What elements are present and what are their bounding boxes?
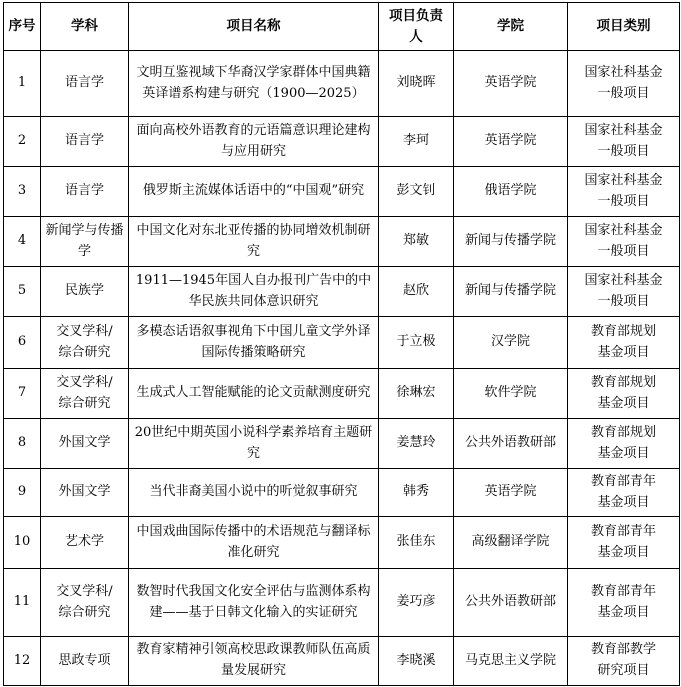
cell-discipline: 交叉学科/ 综合研究 <box>41 369 129 419</box>
cell-category: 教育部青年 基金项目 <box>568 569 680 637</box>
cell-seq: 10 <box>4 517 41 569</box>
cell-leader: 于立极 <box>379 317 454 369</box>
col-header-leader: 项目负责人 <box>379 3 454 51</box>
cell-discipline: 艺术学 <box>41 517 129 569</box>
table-row: 4 新闻学与传播学 中国文化对东北亚传播的协同增效机制研究 郑敏 新闻与传播学院… <box>4 217 680 267</box>
table-row: 12 思政专项 教育家精神引领高校思政课教师队伍高质量发展研究 李晓溪 马克思主… <box>4 637 680 686</box>
cell-title: 教育家精神引领高校思政课教师队伍高质量发展研究 <box>129 637 379 686</box>
project-grant-table: 序号 学科 项目名称 项目负责人 学院 项目类别 1 语言学 文明互鉴视域下华裔… <box>3 2 680 686</box>
cell-seq: 12 <box>4 637 41 686</box>
cell-leader: 张佳东 <box>379 517 454 569</box>
table-row: 8 外国文学 20世纪中期英国小说科学素养培育主题研究 姜慧玲 公共外语教研部 … <box>4 419 680 469</box>
col-header-title: 项目名称 <box>129 3 379 51</box>
cell-category: 国家社科基金 一般项目 <box>568 117 680 167</box>
cell-college: 新闻与传播学院 <box>454 217 568 267</box>
cell-discipline: 外国文学 <box>41 419 129 469</box>
cell-discipline: 语言学 <box>41 117 129 167</box>
cell-college: 汉学院 <box>454 317 568 369</box>
cell-college: 公共外语教研部 <box>454 419 568 469</box>
cell-leader: 李珂 <box>379 117 454 167</box>
cell-category: 国家社科基金 一般项目 <box>568 167 680 217</box>
cell-leader: 李晓溪 <box>379 637 454 686</box>
cell-category: 教育部青年 基金项目 <box>568 517 680 569</box>
cell-seq: 3 <box>4 167 41 217</box>
table-header-row: 序号 学科 项目名称 项目负责人 学院 项目类别 <box>4 3 680 51</box>
cell-seq: 6 <box>4 317 41 369</box>
cell-category: 教育部青年 基金项目 <box>568 469 680 517</box>
cell-college: 马克思主义学院 <box>454 637 568 686</box>
table-row: 5 民族学 1911—1945年国人自办报刊广告中的中华民族共同体意识研究 赵欣… <box>4 267 680 317</box>
cell-discipline: 交叉学科/ 综合研究 <box>41 317 129 369</box>
table-row: 9 外国文学 当代非裔美国小说中的听觉叙事研究 韩秀 英语学院 教育部青年 基金… <box>4 469 680 517</box>
table-row: 10 艺术学 中国戏曲国际传播中的术语规范与翻译标准化研究 张佳东 高级翻译学院… <box>4 517 680 569</box>
table-row: 3 语言学 俄罗斯主流媒体话语中的“中国观”研究 彭文钊 俄语学院 国家社科基金… <box>4 167 680 217</box>
cell-discipline: 思政专项 <box>41 637 129 686</box>
cell-title: 生成式人工智能赋能的论文贡献测度研究 <box>129 369 379 419</box>
cell-leader: 彭文钊 <box>379 167 454 217</box>
cell-college: 高级翻译学院 <box>454 517 568 569</box>
cell-college: 英语学院 <box>454 51 568 117</box>
cell-college: 公共外语教研部 <box>454 569 568 637</box>
document-page: 序号 学科 项目名称 项目负责人 学院 项目类别 1 语言学 文明互鉴视域下华裔… <box>0 0 681 687</box>
cell-category: 教育部规划 基金项目 <box>568 369 680 419</box>
cell-title: 中国文化对东北亚传播的协同增效机制研究 <box>129 217 379 267</box>
cell-title: 俄罗斯主流媒体话语中的“中国观”研究 <box>129 167 379 217</box>
cell-discipline: 新闻学与传播学 <box>41 217 129 267</box>
cell-title: 20世纪中期英国小说科学素养培育主题研究 <box>129 419 379 469</box>
cell-category: 教育部规划 基金项目 <box>568 419 680 469</box>
cell-title: 多模态话语叙事视角下中国儿童文学外译国际传播策略研究 <box>129 317 379 369</box>
cell-discipline: 语言学 <box>41 51 129 117</box>
cell-leader: 刘晓晖 <box>379 51 454 117</box>
cell-seq: 5 <box>4 267 41 317</box>
cell-discipline: 外国文学 <box>41 469 129 517</box>
cell-category: 教育部规划 基金项目 <box>568 317 680 369</box>
cell-seq: 7 <box>4 369 41 419</box>
cell-seq: 8 <box>4 419 41 469</box>
table-row: 1 语言学 文明互鉴视域下华裔汉学家群体中国典籍英译谱系构建与研究（1900—2… <box>4 51 680 117</box>
cell-category: 教育部教学 研究项目 <box>568 637 680 686</box>
cell-category: 国家社科基金 一般项目 <box>568 51 680 117</box>
cell-seq: 1 <box>4 51 41 117</box>
cell-leader: 韩秀 <box>379 469 454 517</box>
cell-college: 新闻与传播学院 <box>454 267 568 317</box>
col-header-category: 项目类别 <box>568 3 680 51</box>
col-header-seq: 序号 <box>4 3 41 51</box>
cell-leader: 郑敏 <box>379 217 454 267</box>
cell-title: 1911—1945年国人自办报刊广告中的中华民族共同体意识研究 <box>129 267 379 317</box>
cell-seq: 11 <box>4 569 41 637</box>
cell-college: 软件学院 <box>454 369 568 419</box>
cell-category: 国家社科基金 一般项目 <box>568 217 680 267</box>
cell-title: 数智时代我国文化安全评估与监测体系构建——基于日韩文化输入的实证研究 <box>129 569 379 637</box>
col-header-discipline: 学科 <box>41 3 129 51</box>
cell-leader: 赵欣 <box>379 267 454 317</box>
cell-leader: 姜巧彦 <box>379 569 454 637</box>
cell-title: 当代非裔美国小说中的听觉叙事研究 <box>129 469 379 517</box>
cell-title: 中国戏曲国际传播中的术语规范与翻译标准化研究 <box>129 517 379 569</box>
cell-leader: 姜慧玲 <box>379 419 454 469</box>
cell-title: 文明互鉴视域下华裔汉学家群体中国典籍英译谱系构建与研究（1900—2025） <box>129 51 379 117</box>
cell-discipline: 语言学 <box>41 167 129 217</box>
cell-leader: 徐琳宏 <box>379 369 454 419</box>
cell-discipline: 交叉学科/ 综合研究 <box>41 569 129 637</box>
cell-college: 英语学院 <box>454 469 568 517</box>
cell-seq: 4 <box>4 217 41 267</box>
cell-college: 俄语学院 <box>454 167 568 217</box>
table-row: 2 语言学 面向高校外语教育的元语篇意识理论建构与应用研究 李珂 英语学院 国家… <box>4 117 680 167</box>
cell-seq: 2 <box>4 117 41 167</box>
col-header-college: 学院 <box>454 3 568 51</box>
table-row: 6 交叉学科/ 综合研究 多模态话语叙事视角下中国儿童文学外译国际传播策略研究 … <box>4 317 680 369</box>
cell-discipline: 民族学 <box>41 267 129 317</box>
table-row: 11 交叉学科/ 综合研究 数智时代我国文化安全评估与监测体系构建——基于日韩文… <box>4 569 680 637</box>
cell-seq: 9 <box>4 469 41 517</box>
cell-title: 面向高校外语教育的元语篇意识理论建构与应用研究 <box>129 117 379 167</box>
table-row: 7 交叉学科/ 综合研究 生成式人工智能赋能的论文贡献测度研究 徐琳宏 软件学院… <box>4 369 680 419</box>
cell-category: 国家社科基金 一般项目 <box>568 267 680 317</box>
cell-college: 英语学院 <box>454 117 568 167</box>
